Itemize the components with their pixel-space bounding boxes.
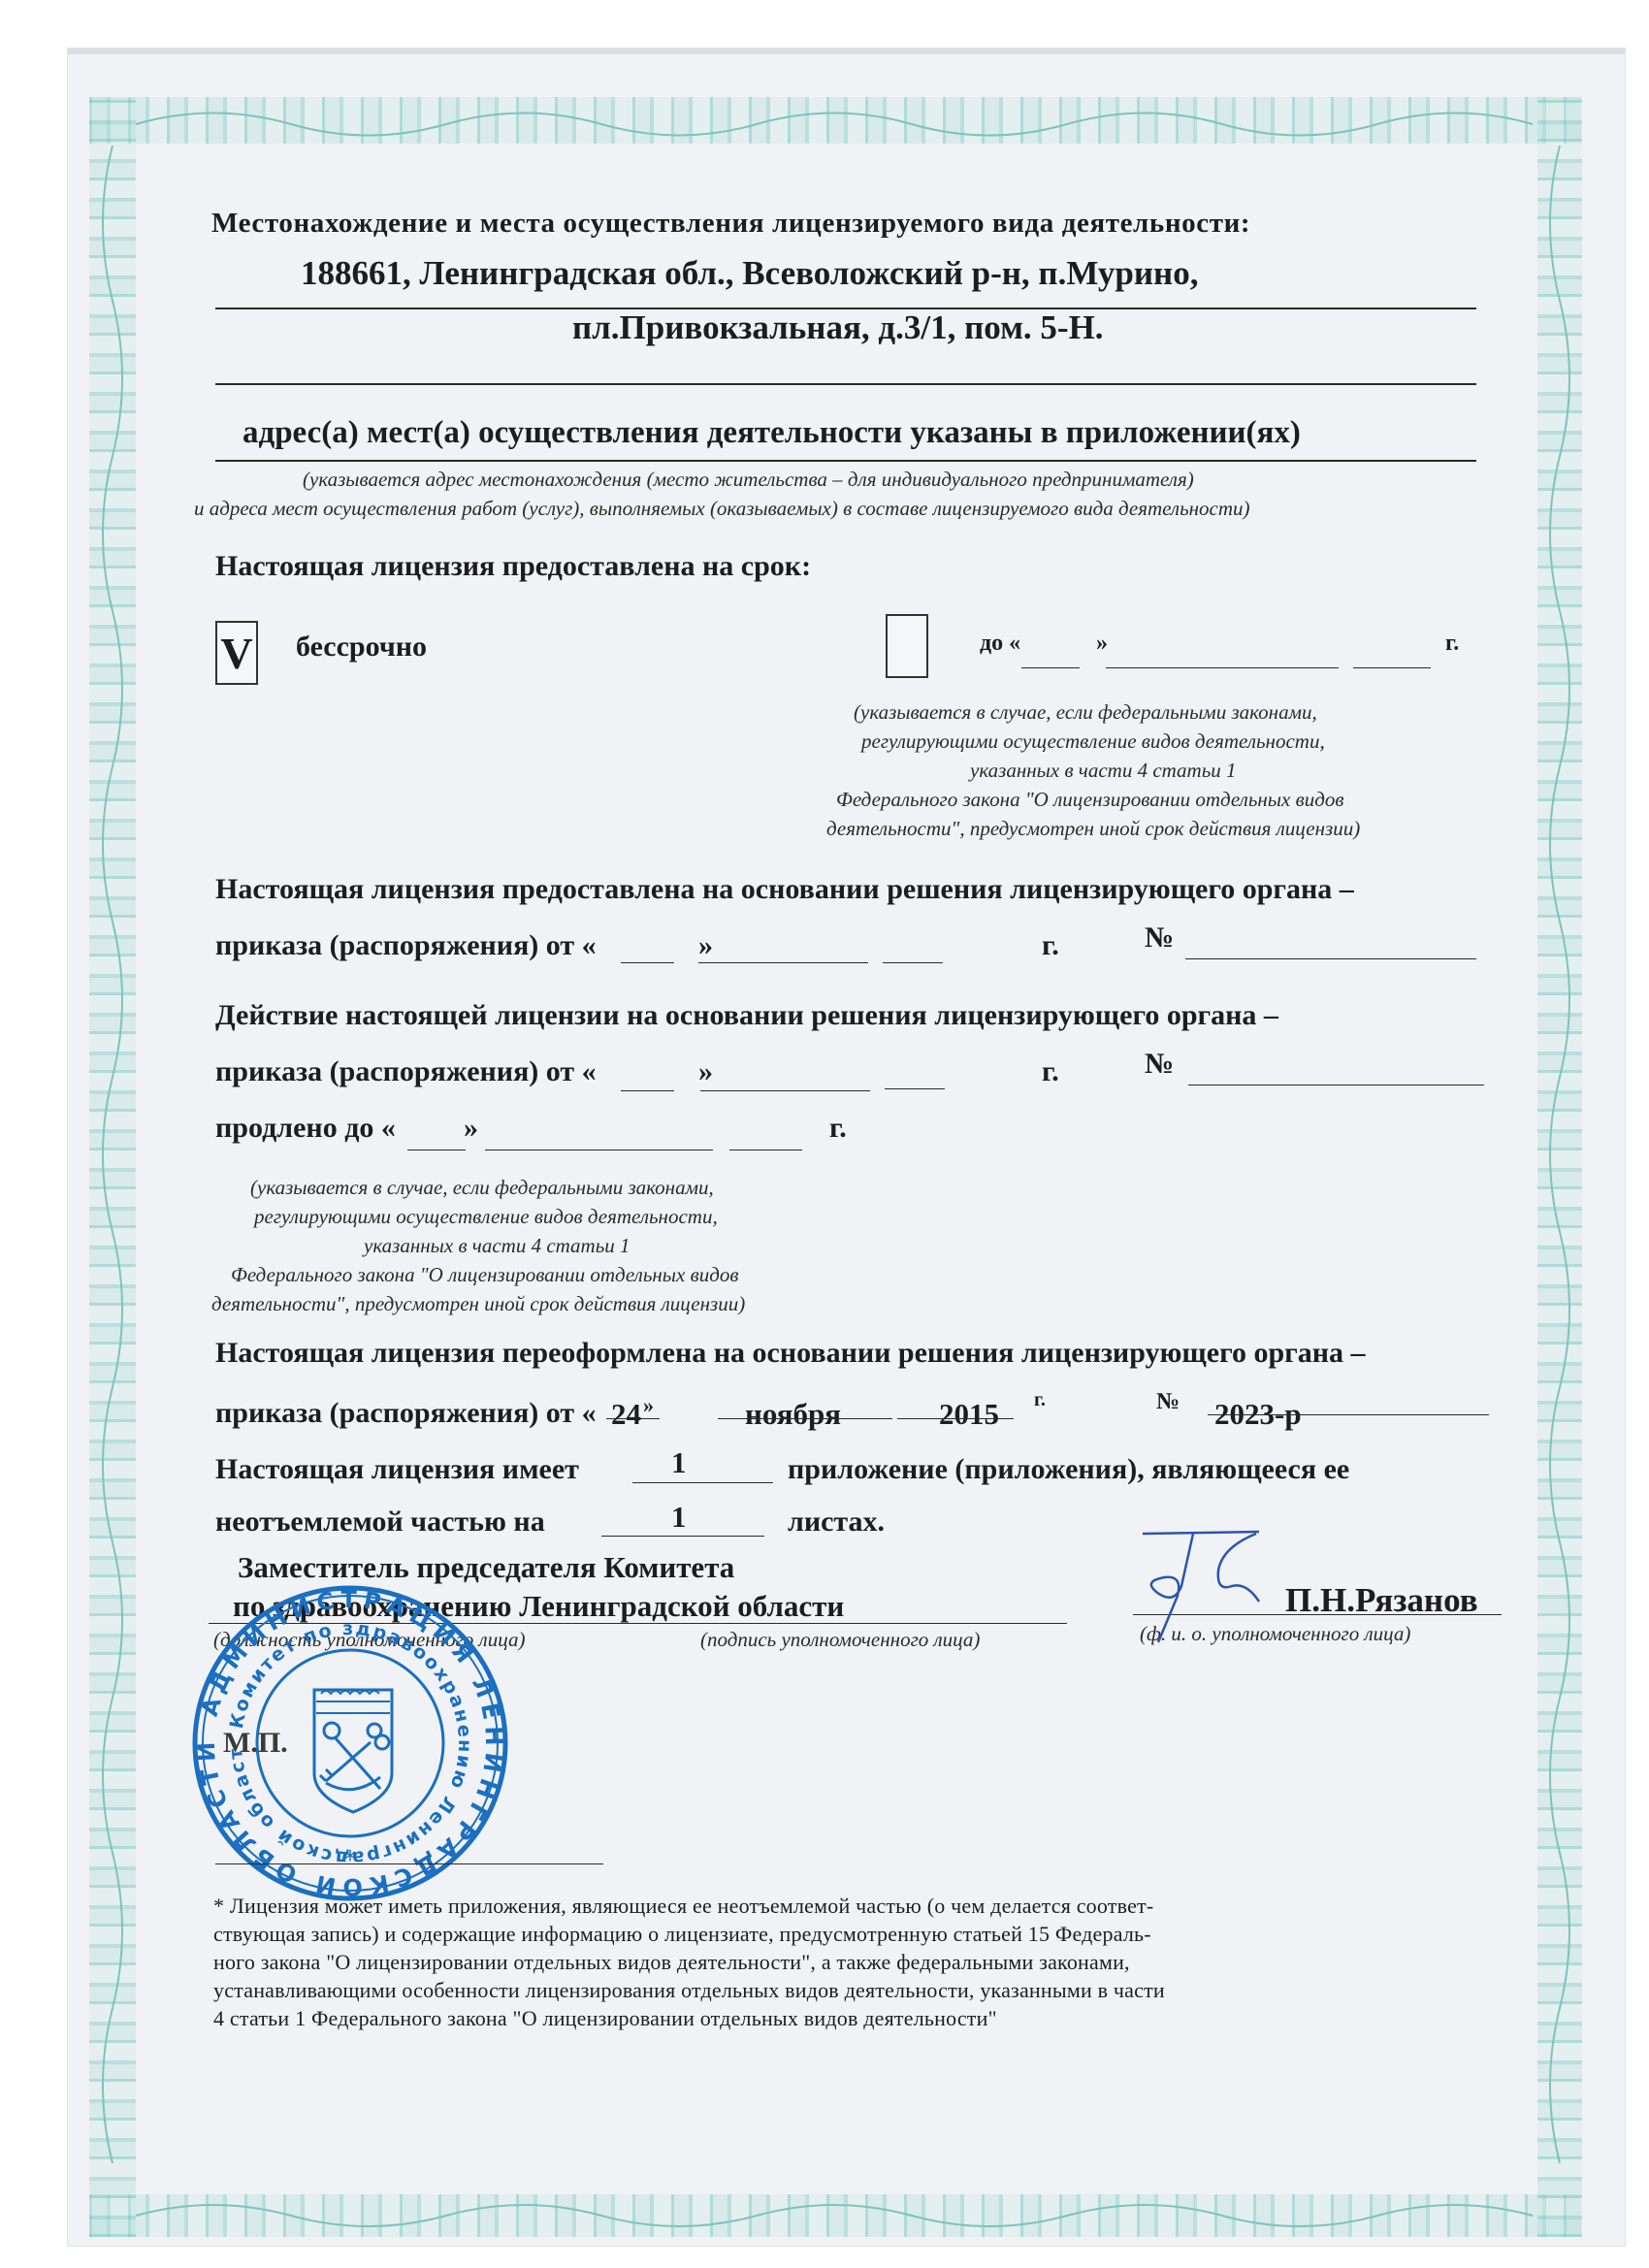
reissued-month: ноября: [745, 1397, 841, 1432]
footnote-line-2: ствующая запись) и содержащие информацию…: [213, 1920, 1151, 1948]
until-note-5: деятельности", предусмотрен иной срок де…: [826, 817, 1360, 841]
extended-heading: Действие настоящей лицензии на основании…: [215, 999, 1278, 1032]
granted-heading: Настоящая лицензия предоставлена на осно…: [215, 873, 1354, 906]
location-hint-1: (указывается адрес местонахождения (мест…: [303, 468, 1194, 492]
guilloche-border-bottom: [89, 2194, 1581, 2237]
term-heading: Настоящая лицензия предоставлена на срок…: [215, 550, 811, 583]
svg-text:*: *: [344, 1846, 357, 1875]
extended-until-mid: »: [464, 1112, 478, 1145]
extended-order-prefix: приказа (распоряжения) от «: [215, 1055, 597, 1088]
extended-note-3: указанных в части 4 статьи 1: [364, 1234, 630, 1258]
until-note-2: регулирующими осуществление видов деятел…: [861, 729, 1325, 754]
extended-until-day-field[interactable]: [407, 1150, 466, 1150]
reissued-month-field[interactable]: [718, 1418, 892, 1419]
reissued-number-sign: №: [1156, 1389, 1180, 1415]
until-label-mid: »: [1096, 631, 1108, 657]
reissued-day-field[interactable]: [606, 1418, 660, 1419]
extended-note-5: деятельности", предусмотрен иной срок де…: [211, 1292, 745, 1316]
granted-number-field[interactable]: [1185, 958, 1476, 959]
appendix-sheets-field[interactable]: [601, 1536, 764, 1537]
extended-order-mid: »: [698, 1055, 713, 1088]
reissued-year-suffix: г.: [1034, 1389, 1046, 1411]
extended-until-year-field[interactable]: [729, 1150, 802, 1150]
extended-order-month-field[interactable]: [700, 1090, 870, 1091]
footnote-line-4: устанавливающими особенности лицензирова…: [213, 1976, 1165, 2004]
indefinite-checkbox[interactable]: V: [215, 621, 258, 685]
guilloche-border-right: [1537, 97, 1582, 2237]
appendix-sheets: 1: [671, 1500, 687, 1535]
appendix-line1-prefix: Настоящая лицензия имеет: [215, 1453, 579, 1486]
signatory-position-line1: Заместитель председателя Комитета: [238, 1550, 734, 1585]
places-note: адрес(а) мест(а) осуществления деятельно…: [242, 415, 1301, 451]
guilloche-border-top: [89, 97, 1581, 144]
until-month-field[interactable]: [1106, 667, 1339, 668]
seal-place-label: М.П.: [223, 1727, 288, 1760]
until-note-1: (указывается в случае, если федеральными…: [854, 700, 1317, 725]
extended-order-day-field[interactable]: [621, 1090, 674, 1091]
checkmark-v-icon: V: [220, 628, 252, 679]
until-note-4: Федерального закона "О лицензировании от…: [836, 788, 1343, 812]
until-label-suffix: г.: [1445, 631, 1459, 657]
extended-until-prefix: продлено до «: [215, 1112, 396, 1145]
until-checkbox[interactable]: [886, 614, 928, 678]
extended-year-suffix: г.: [1042, 1055, 1059, 1088]
signature-caption: (подпись уполномоченного лица): [700, 1628, 980, 1652]
reissued-number-field[interactable]: [1208, 1414, 1489, 1415]
granted-number-sign: №: [1145, 922, 1174, 955]
appendix-count: 1: [671, 1445, 687, 1480]
address-line-2: пл.Привокзальная, д.3/1, пом. 5-Н.: [572, 308, 1104, 347]
until-day-field[interactable]: [1021, 667, 1080, 668]
places-underline: [215, 460, 1476, 462]
location-heading: Местонахождение и места осуществления ли…: [211, 208, 1250, 240]
reissued-day-close: »: [643, 1393, 654, 1418]
location-hint-2: и адреса мест осуществления работ (услуг…: [194, 497, 1250, 521]
until-year-field[interactable]: [1353, 667, 1431, 668]
extended-note-4: Федерального закона "О лицензировании от…: [231, 1263, 738, 1287]
granted-day-field[interactable]: [621, 962, 674, 963]
extended-until-suffix: г.: [829, 1112, 847, 1145]
appendix-line2-prefix: неотъемлемой частью на: [215, 1506, 545, 1539]
reissued-day: 24: [611, 1397, 641, 1432]
reissued-order-prefix: приказа (распоряжения) от «: [215, 1397, 597, 1430]
granted-year-suffix: г.: [1042, 929, 1059, 962]
footnote-line-3: ного закона "О лицензировании отдельных …: [213, 1948, 1130, 1976]
granted-order-mid: »: [698, 929, 713, 962]
footnote-line-5: 4 статьи 1 Федерального закона "О лиценз…: [213, 2004, 997, 2032]
reissued-year-field[interactable]: [897, 1418, 1014, 1419]
guilloche-border-left: [89, 97, 136, 2237]
address-line-1: 188661, Ленинградская обл., Всеволожский…: [301, 254, 1198, 293]
until-note-3: указанных в части 4 статьи 1: [970, 759, 1237, 783]
footnote-line-1: * Лицензия может иметь приложения, являю…: [213, 1892, 1153, 1920]
extended-until-month-field[interactable]: [485, 1150, 713, 1150]
extended-note-1: (указывается в случае, если федеральными…: [250, 1176, 714, 1200]
indefinite-label: бессрочно: [296, 631, 427, 664]
address-underline-2: [215, 383, 1476, 385]
signatory-name: П.Н.Рязанов: [1285, 1581, 1478, 1620]
appendix-line2-suffix: листах.: [788, 1506, 885, 1539]
extended-order-year-field[interactable]: [885, 1088, 945, 1089]
until-label-prefix: до «: [980, 631, 1020, 657]
reissued-year: 2015: [939, 1397, 999, 1432]
extended-order-number-field[interactable]: [1188, 1085, 1484, 1085]
granted-order-prefix: приказа (распоряжения) от «: [215, 929, 597, 962]
appendix-line1-suffix: приложение (приложения), являющееся ее: [788, 1453, 1349, 1486]
granted-year-field[interactable]: [883, 962, 943, 963]
appendix-count-field[interactable]: [632, 1482, 773, 1483]
name-caption: (ф. и. о. уполномоченного лица): [1140, 1622, 1410, 1646]
reissued-heading: Настоящая лицензия переоформлена на осно…: [215, 1337, 1366, 1370]
granted-month-field[interactable]: [698, 962, 868, 963]
extended-number-sign: №: [1145, 1048, 1174, 1081]
extended-note-2: регулирующими осуществление видов деятел…: [254, 1205, 718, 1229]
footnote-divider: [215, 1863, 603, 1864]
